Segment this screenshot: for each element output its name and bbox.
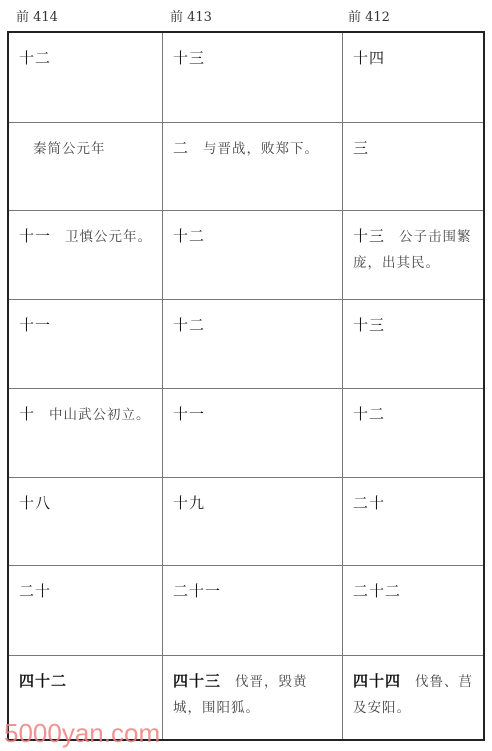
table-cell: 十二 (9, 33, 162, 122)
table-cell: 十八 (9, 478, 162, 565)
year-number: 三 (353, 139, 369, 157)
table-cell: 十一 (162, 389, 342, 477)
column-header-413: 前 413 (170, 6, 212, 25)
table-cell: 十二 (162, 300, 342, 388)
table-cell: 四十三伐晋，毁黄城，围阳狐。 (162, 656, 342, 739)
year-number: 十一 (19, 227, 51, 245)
year-number: 十九 (173, 494, 205, 512)
year-number: 十二 (173, 316, 205, 334)
table-row: 二十二十一二十二 (9, 565, 483, 655)
table-cell: 二十二 (342, 566, 485, 655)
event-note: 中山武公初立。 (49, 407, 151, 423)
table-cell: 十二 (162, 211, 342, 299)
year-number: 十一 (19, 316, 51, 334)
table-cell: 秦简公元年 (9, 123, 162, 210)
year-number: 二 (173, 139, 189, 157)
table-row: 十八十九二十 (9, 477, 483, 565)
column-header-414: 前 414 (16, 6, 58, 25)
table-cell: 十一卫慎公元年。 (9, 211, 162, 299)
year-number: 二十一 (173, 582, 221, 600)
year-number: 四十二 (19, 672, 67, 690)
year-number: 四十三 (173, 672, 221, 690)
year-number: 十四 (353, 49, 385, 67)
year-number: 十一 (173, 405, 205, 423)
table-cell: 二与晋战，败郑下。 (162, 123, 342, 210)
watermark: 5000yan.com (4, 718, 160, 749)
year-number: 二十二 (353, 582, 401, 600)
table-cell: 十一 (9, 300, 162, 388)
table-row: 十中山武公初立。十一十二 (9, 388, 483, 477)
table-cell: 四十四伐鲁、莒及安阳。 (342, 656, 485, 739)
event-note: 秦简公元年 (33, 141, 106, 157)
table-row: 十一卫慎公元年。十二十三公子击围繁庞，出其民。 (9, 210, 483, 299)
table-cell: 十中山武公初立。 (9, 389, 162, 477)
year-number: 二十 (353, 494, 385, 512)
table-cell: 十四 (342, 33, 485, 122)
table-cell: 二十一 (162, 566, 342, 655)
year-number: 十 (19, 405, 35, 423)
year-number: 十二 (353, 405, 385, 423)
table-cell: 十二 (342, 389, 485, 477)
table-cell: 十三 (342, 300, 485, 388)
table-row: 十一十二十三 (9, 299, 483, 388)
table-cell: 二十 (9, 566, 162, 655)
table-cell: 三 (342, 123, 485, 210)
chronology-table: 十二十三十四秦简公元年二与晋战，败郑下。三十一卫慎公元年。十二十三公子击围繁庞，… (7, 31, 485, 741)
year-number: 十三 (353, 316, 385, 334)
table-cell: 十三公子击围繁庞，出其民。 (342, 211, 485, 299)
year-number: 四十四 (353, 672, 401, 690)
year-number: 十三 (353, 227, 385, 245)
event-note: 卫慎公元年。 (65, 229, 152, 245)
table-cell: 十三 (162, 33, 342, 122)
event-note: 与晋战，败郑下。 (203, 141, 319, 157)
year-number: 十三 (173, 49, 205, 67)
year-number: 十二 (19, 49, 51, 67)
table-row: 十二十三十四 (9, 33, 483, 122)
table-cell: 二十 (342, 478, 485, 565)
year-number: 十八 (19, 494, 51, 512)
year-number: 二十 (19, 582, 51, 600)
column-header-412: 前 412 (348, 6, 390, 25)
year-number: 十二 (173, 227, 205, 245)
table-row: 秦简公元年二与晋战，败郑下。三 (9, 122, 483, 210)
table-cell: 十九 (162, 478, 342, 565)
